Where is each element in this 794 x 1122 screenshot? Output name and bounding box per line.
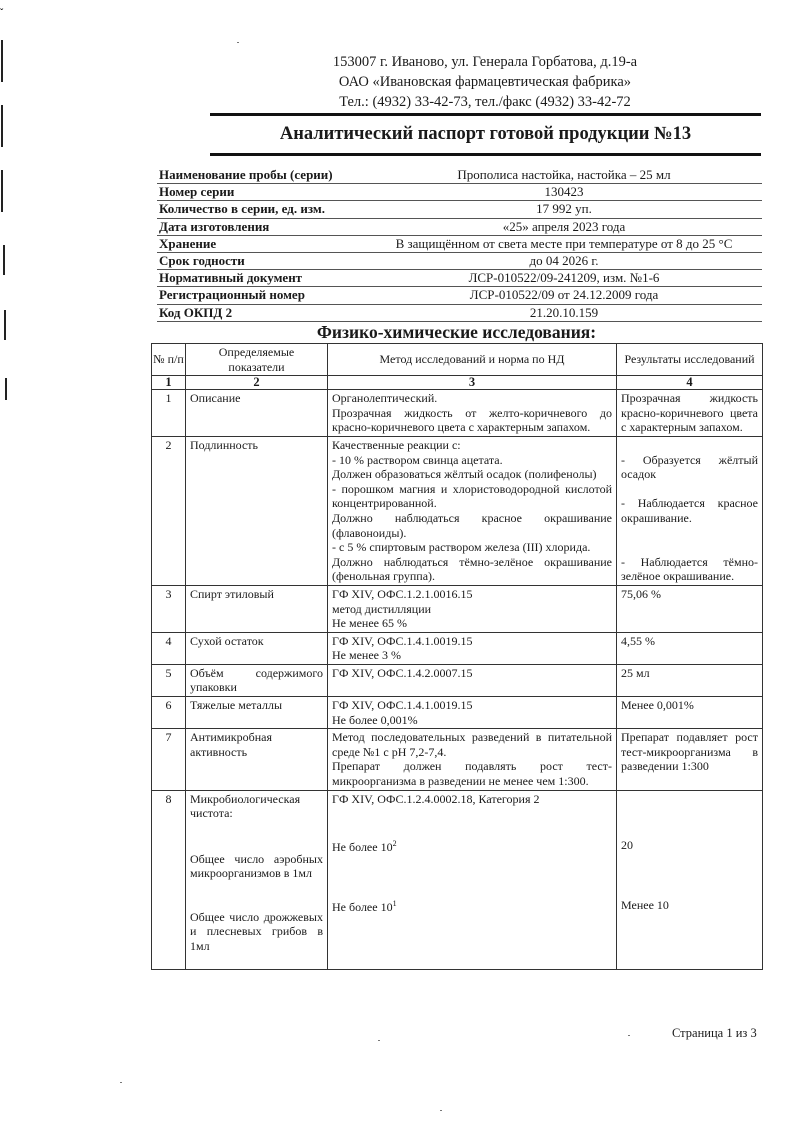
spacer bbox=[332, 806, 612, 837]
method-exponent: 1 bbox=[393, 899, 397, 908]
method-cell: ГФ XIV, ОФС.1.2.4.0002.18, Категория 2Не… bbox=[328, 790, 617, 969]
cell-line: - Образуется жёлтый осадок bbox=[621, 453, 758, 482]
row-number: 6 bbox=[152, 697, 186, 729]
row-number: 5 bbox=[152, 664, 186, 696]
cell-line: Не менее 65 % bbox=[332, 616, 612, 631]
column-number: 2 bbox=[186, 376, 328, 390]
indicator-name: Спирт этиловый bbox=[190, 587, 323, 602]
sub-indicator: Общее число аэробных микроорганизмов в 1… bbox=[190, 852, 323, 910]
row-number: 2 bbox=[152, 436, 186, 585]
sub-method: Не более 102 bbox=[332, 837, 612, 897]
sub-result: Менее 10 bbox=[621, 898, 758, 958]
indicator-name: Сухой остаток bbox=[190, 634, 323, 649]
indicator-name: Микробиологическая чистота: bbox=[190, 792, 323, 821]
column-number: 4 bbox=[617, 376, 763, 390]
cell-line: метод дистилляции bbox=[332, 602, 612, 617]
table-header-row: № п/п Определяемые показатели Метод иссл… bbox=[152, 344, 763, 376]
method-limit: Не более 10 bbox=[332, 900, 393, 914]
margin-mark bbox=[1, 40, 3, 82]
table-row: 3Спирт этиловыйГФ XIV, ОФС.1.2.1.0016.15… bbox=[152, 585, 763, 632]
info-label: Хранение bbox=[157, 235, 366, 252]
indicator-cell: Антимикробная активность bbox=[186, 729, 328, 790]
scan-speck bbox=[237, 42, 239, 43]
method-cell: Органолептический.Прозрачная жидкость от… bbox=[328, 390, 617, 437]
indicator-name: Объём содержимого упаковки bbox=[190, 666, 323, 695]
method-cell: Метод последовательных разведений в пита… bbox=[328, 729, 617, 790]
info-value: 130423 bbox=[366, 184, 762, 201]
company-phones: Тел.: (4932) 33-42-73, тел./факс (4932) … bbox=[210, 92, 760, 112]
indicator-name: Антимикробная активность bbox=[190, 730, 323, 759]
company-address: 153007 г. Иваново, ул. Генерала Горбатов… bbox=[210, 52, 760, 72]
result-cell: - Образуется жёлтый осадок- Наблюдается … bbox=[617, 436, 763, 585]
row-number: 8 bbox=[152, 790, 186, 969]
result-cell: Препарат подавляет рост тест-микрооргани… bbox=[617, 729, 763, 790]
analysis-table: № п/п Определяемые показатели Метод иссл… bbox=[151, 343, 763, 970]
info-value: Прополиса настойка, настойка – 25 мл bbox=[366, 167, 762, 184]
info-row: Срок годностидо 04 2026 г. bbox=[157, 252, 762, 269]
margin-mark bbox=[1, 105, 3, 147]
row-number: 3 bbox=[152, 585, 186, 632]
indicator-name: Описание bbox=[190, 391, 323, 406]
cell-line: Прозрачная жидкость от желто-коричневого… bbox=[332, 406, 612, 435]
result-cell: 75,06 % bbox=[617, 585, 763, 632]
cell-line: Органолептический. bbox=[332, 391, 612, 406]
section-title: Физико-химические исследования: bbox=[151, 322, 762, 343]
method-cell: ГФ XIV, ОФС.1.4.1.0019.15Не менее 3 % bbox=[328, 632, 617, 664]
indicator-cell: Микробиологическая чистота:Общее число а… bbox=[186, 790, 328, 969]
header-result: Результаты исследований bbox=[617, 344, 763, 376]
method-cell: ГФ XIV, ОФС.1.4.2.0007.15 bbox=[328, 664, 617, 696]
scan-speck bbox=[120, 1082, 122, 1083]
table-row: 6Тяжелые металлыГФ XIV, ОФС.1.4.1.0019.1… bbox=[152, 697, 763, 729]
info-value: до 04 2026 г. bbox=[366, 252, 762, 269]
header-method: Метод исследований и норма по НД bbox=[328, 344, 617, 376]
row-number: 7 bbox=[152, 729, 186, 790]
info-row: Номер серии130423 bbox=[157, 184, 762, 201]
info-row: Регистрационный номерЛСР-010522/09 от 24… bbox=[157, 287, 762, 304]
indicator-cell: Спирт этиловый bbox=[186, 585, 328, 632]
result-cell: 20Менее 10 bbox=[617, 790, 763, 969]
sub-result: 20 bbox=[621, 838, 758, 898]
info-label: Наименование пробы (серии) bbox=[157, 167, 366, 184]
cell-line: 25 мл bbox=[621, 666, 758, 681]
table-row: 1ОписаниеОрганолептический.Прозрачная жи… bbox=[152, 390, 763, 437]
info-value: ЛСР-010522/09-241209, изм. №1-6 bbox=[366, 270, 762, 287]
cell-line: ГФ XIV, ОФС.1.4.1.0019.15 bbox=[332, 634, 612, 649]
header-number: № п/п bbox=[152, 344, 186, 376]
column-number-row: 1 2 3 4 bbox=[152, 376, 763, 390]
cell-line: Метод последовательных разведений в пита… bbox=[332, 730, 612, 759]
sub-method: Не более 101 bbox=[332, 897, 612, 957]
cell-line: - порошком магния и хлористоводородной к… bbox=[332, 482, 612, 511]
info-label: Срок годности bbox=[157, 252, 366, 269]
indicator-cell: Описание bbox=[186, 390, 328, 437]
method-exponent: 2 bbox=[393, 839, 397, 848]
scan-speck bbox=[628, 1035, 630, 1036]
row-number: 1 bbox=[152, 390, 186, 437]
info-value: «25» апреля 2023 года bbox=[366, 218, 762, 235]
cell-line: - Наблюдается красное окрашивание. bbox=[621, 496, 758, 525]
info-label: Дата изготовления bbox=[157, 218, 366, 235]
margin-mark bbox=[4, 310, 6, 340]
cell-line: ГФ XIV, ОФС.1.4.1.0019.15 bbox=[332, 698, 612, 713]
info-value: 17 992 уп. bbox=[366, 201, 762, 218]
table-row: 8Микробиологическая чистота:Общее число … bbox=[152, 790, 763, 969]
info-row: Дата изготовления«25» апреля 2023 года bbox=[157, 218, 762, 235]
cell-line: Должно наблюдаться тёмно-зелёное окрашив… bbox=[332, 555, 612, 584]
method-cell: ГФ XIV, ОФС.1.2.1.0016.15метод дистилляц… bbox=[328, 585, 617, 632]
cell-line: Прозрачная жидкость красно-коричневого ц… bbox=[621, 391, 758, 435]
margin-mark bbox=[1, 170, 3, 212]
cell-line: - 10 % раствором свинца ацетата. bbox=[332, 453, 612, 468]
info-value: ЛСР-010522/09 от 24.12.2009 года bbox=[366, 287, 762, 304]
spacer bbox=[190, 821, 323, 852]
divider bbox=[210, 113, 761, 116]
cell-line: Не более 0,001% bbox=[332, 713, 612, 728]
column-number: 3 bbox=[328, 376, 617, 390]
info-value: 21.20.10.159 bbox=[366, 304, 762, 321]
cell-line: 75,06 % bbox=[621, 587, 758, 602]
table-row: 7Антимикробная активностьМетод последова… bbox=[152, 729, 763, 790]
cell-line: Должно наблюдаться красное окрашивание (… bbox=[332, 511, 612, 540]
cell-line: Качественные реакции с: bbox=[332, 438, 612, 453]
product-info-table: Наименование пробы (серии)Прополиса наст… bbox=[157, 167, 762, 322]
cell-line: Препарат подавляет рост тест-микрооргани… bbox=[621, 730, 758, 774]
cell-line: Менее 0,001% bbox=[621, 698, 758, 713]
result-cell: 25 мл bbox=[617, 664, 763, 696]
table-row: 5Объём содержимого упаковкиГФ XIV, ОФС.1… bbox=[152, 664, 763, 696]
cell-line: ГФ XIV, ОФС.1.2.1.0016.15 bbox=[332, 587, 612, 602]
sub-indicator: Общее число дрожжевых и плесневых грибов… bbox=[190, 910, 323, 968]
cell-line: - с 5 % спиртовым раствором железа (III)… bbox=[332, 540, 612, 555]
cell-line: ГФ XIV, ОФС.1.2.4.0002.18, Категория 2 bbox=[332, 792, 612, 807]
result-cell: Прозрачная жидкость красно-коричневого ц… bbox=[617, 390, 763, 437]
method-cell: ГФ XIV, ОФС.1.4.1.0019.15Не более 0,001% bbox=[328, 697, 617, 729]
scan-speck bbox=[440, 1110, 442, 1111]
page-number: Страница 1 из 3 bbox=[672, 1026, 757, 1041]
result-cell: 4,55 % bbox=[617, 632, 763, 664]
cell-line: 4,55 % bbox=[621, 634, 758, 649]
result-cell: Менее 0,001% bbox=[617, 697, 763, 729]
cell-line: Препарат должен подавлять рост тест-микр… bbox=[332, 759, 612, 788]
info-label: Номер серии bbox=[157, 184, 366, 201]
info-row: Количество в серии, ед. изм.17 992 уп. bbox=[157, 201, 762, 218]
method-cell: Качественные реакции с:- 10 % раствором … bbox=[328, 436, 617, 585]
cell-line: ГФ XIV, ОФС.1.4.2.0007.15 bbox=[332, 666, 612, 681]
company-name: ОАО «Ивановская фармацевтическая фабрика… bbox=[210, 72, 760, 92]
info-label: Регистрационный номер bbox=[157, 287, 366, 304]
info-row: ХранениеВ защищённом от света месте при … bbox=[157, 235, 762, 252]
indicator-cell: Объём содержимого упаковки bbox=[186, 664, 328, 696]
indicator-name: Тяжелые металлы bbox=[190, 698, 323, 713]
scan-speck bbox=[378, 1040, 380, 1041]
margin-mark bbox=[3, 245, 5, 275]
indicator-cell: Тяжелые металлы bbox=[186, 697, 328, 729]
info-row: Наименование пробы (серии)Прополиса наст… bbox=[157, 167, 762, 184]
margin-mark bbox=[5, 378, 7, 400]
info-value: В защищённом от света месте при температ… bbox=[366, 235, 762, 252]
column-number: 1 bbox=[152, 376, 186, 390]
info-label: Нормативный документ bbox=[157, 270, 366, 287]
table-row: 2ПодлинностьКачественные реакции с:- 10 … bbox=[152, 436, 763, 585]
info-label: Количество в серии, ед. изм. bbox=[157, 201, 366, 218]
info-label: Код ОКПД 2 bbox=[157, 304, 366, 321]
indicator-cell: Сухой остаток bbox=[186, 632, 328, 664]
spacer bbox=[621, 792, 758, 838]
indicator-name: Подлинность bbox=[190, 438, 323, 453]
cell-line: - Наблюдается тёмно-зелёное окрашивание. bbox=[621, 555, 758, 584]
header-indicator: Определяемые показатели bbox=[186, 344, 328, 376]
info-row: Нормативный документЛСР-010522/09-241209… bbox=[157, 270, 762, 287]
info-row: Код ОКПД 221.20.10.159 bbox=[157, 304, 762, 321]
cell-line: Должен образоваться жёлтый осадок (полиф… bbox=[332, 467, 612, 482]
method-limit: Не более 10 bbox=[332, 840, 393, 854]
scan-mark: ˇ bbox=[0, 8, 3, 19]
indicator-cell: Подлинность bbox=[186, 436, 328, 585]
table-row: 4Сухой остатокГФ XIV, ОФС.1.4.1.0019.15Н… bbox=[152, 632, 763, 664]
company-header: 153007 г. Иваново, ул. Генерала Горбатов… bbox=[210, 52, 760, 112]
cell-line: Не менее 3 % bbox=[332, 648, 612, 663]
document-title: Аналитический паспорт готовой продукции … bbox=[210, 124, 761, 145]
row-number: 4 bbox=[152, 632, 186, 664]
spacer bbox=[621, 438, 758, 453]
divider bbox=[210, 153, 761, 156]
